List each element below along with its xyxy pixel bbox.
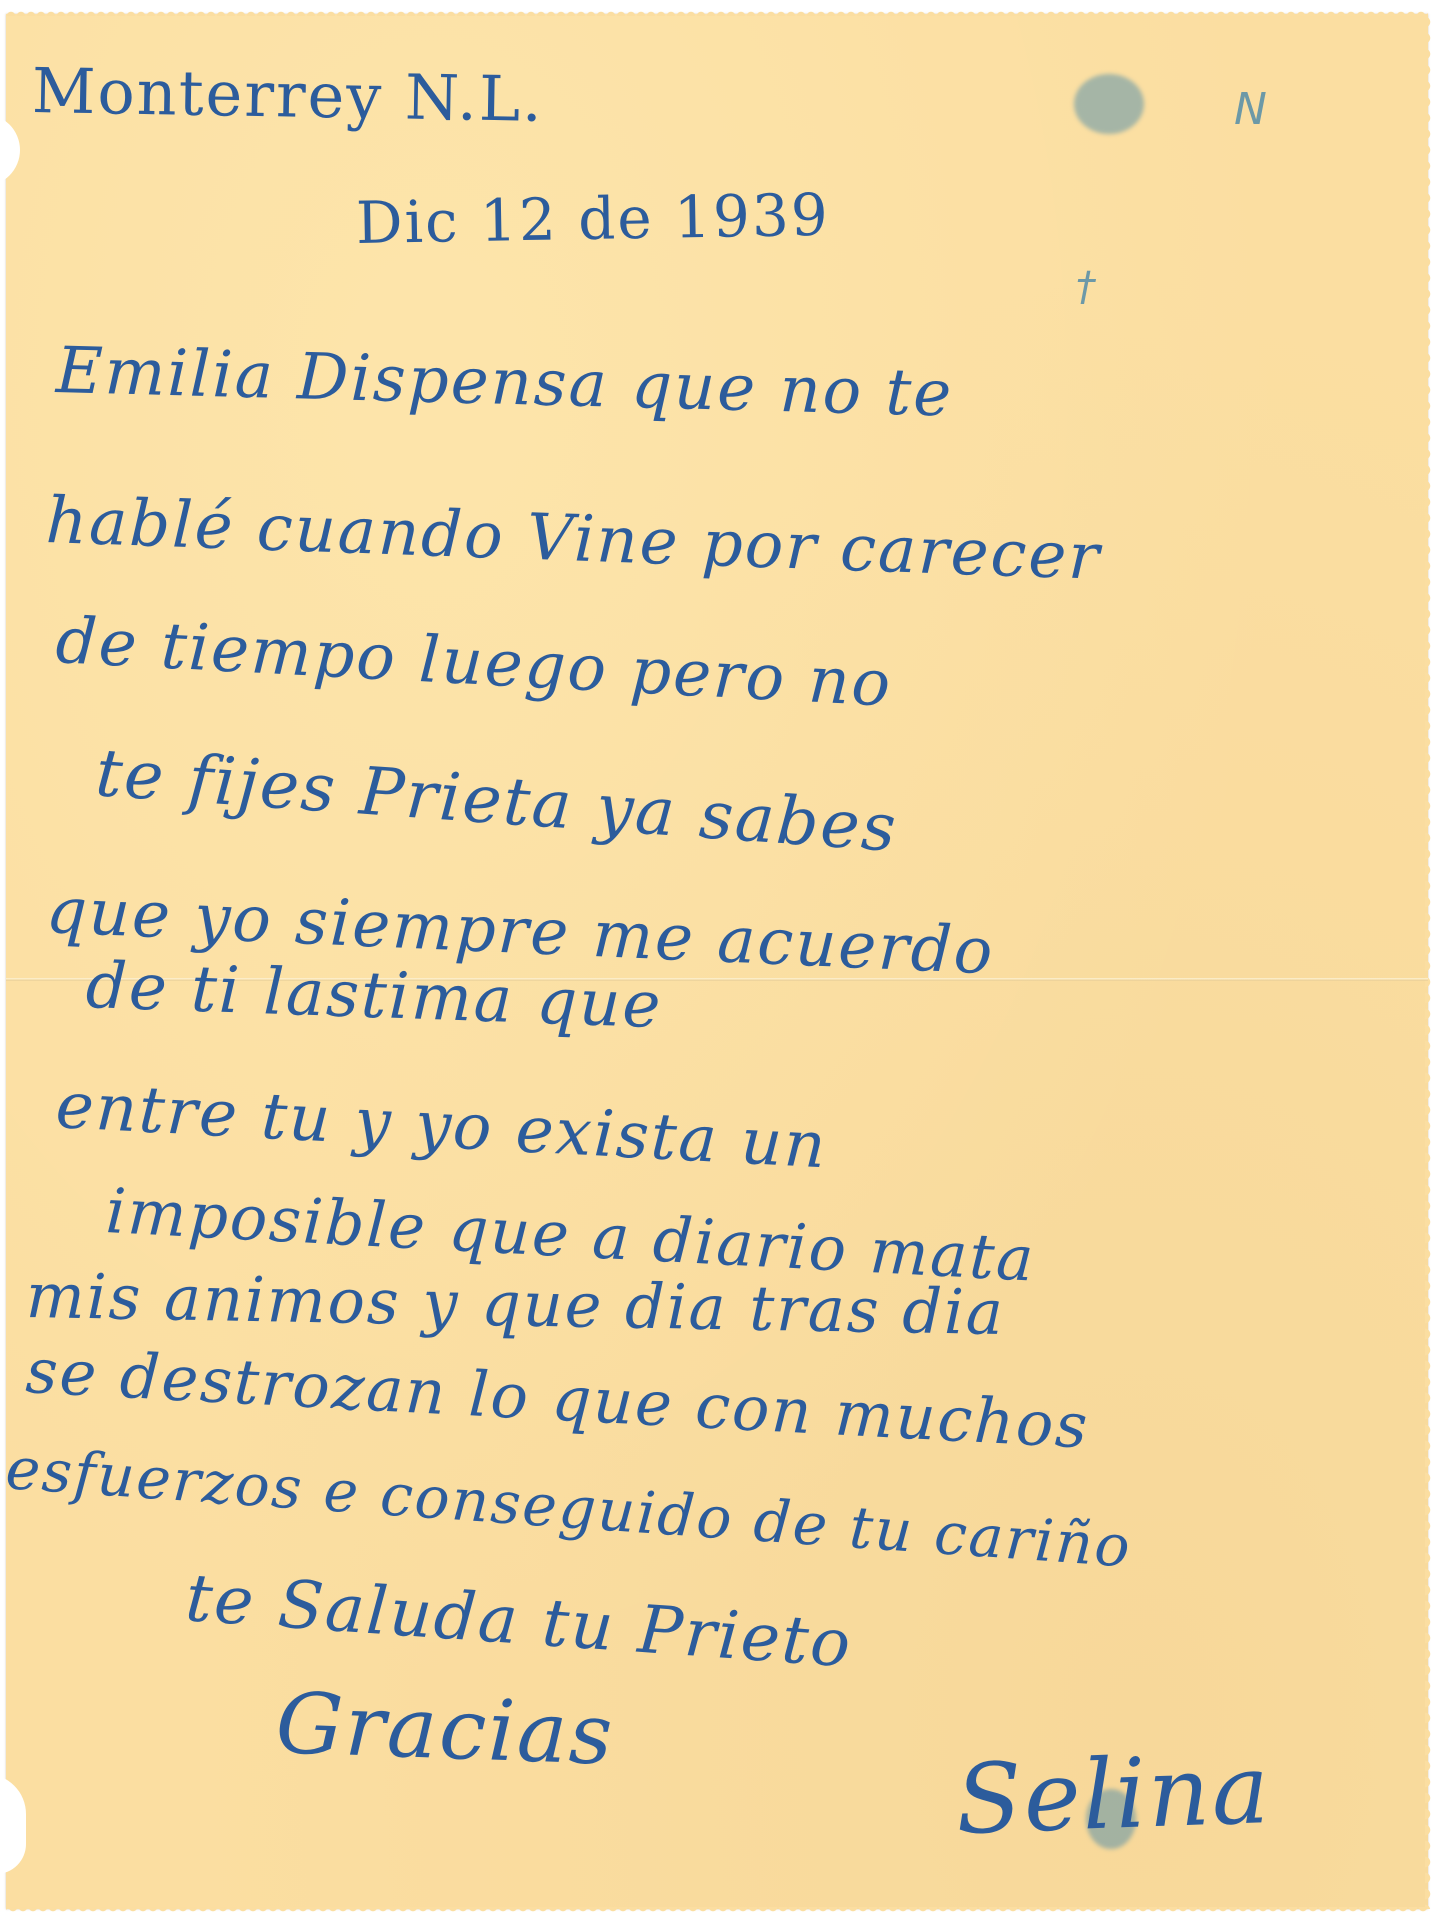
- serrated-top-edge: [6, 6, 1428, 16]
- letter-paper: Monterrey N.L. Dic 12 de 1939 N † Emilia…: [6, 14, 1428, 1909]
- serrated-bottom-edge: [6, 1907, 1428, 1917]
- faded-mark-top-right: †: [1076, 264, 1096, 310]
- body-line-1: Emilia Dispensa que no te: [55, 334, 954, 431]
- body-line-10: se destrozan lo que con muchos: [24, 1334, 1091, 1463]
- body-line-4: te fijes Prieta ya sabes: [93, 734, 900, 867]
- torn-notch-bottom-left: [0, 1774, 26, 1874]
- serrated-right-edge: [1425, 14, 1435, 1909]
- body-line-12: te Saluda tu Prieto: [183, 1559, 854, 1682]
- body-line-7: entre tu y yo exista un: [54, 1069, 829, 1183]
- corner-mark: N: [1234, 84, 1267, 135]
- body-line-3: de tiempo luego pero no: [54, 604, 894, 722]
- body-line-2: hablé cuando Vine por carecer: [45, 484, 1102, 595]
- closing-gracias: Gracias: [274, 1674, 616, 1784]
- letter-place: Monterrey N.L.: [31, 54, 544, 136]
- signature: Selina: [954, 1733, 1273, 1856]
- letter-date: Dic 12 de 1939: [355, 181, 830, 257]
- torn-notch-top-left: [0, 114, 20, 186]
- ink-smudge-top-right: [1074, 74, 1144, 134]
